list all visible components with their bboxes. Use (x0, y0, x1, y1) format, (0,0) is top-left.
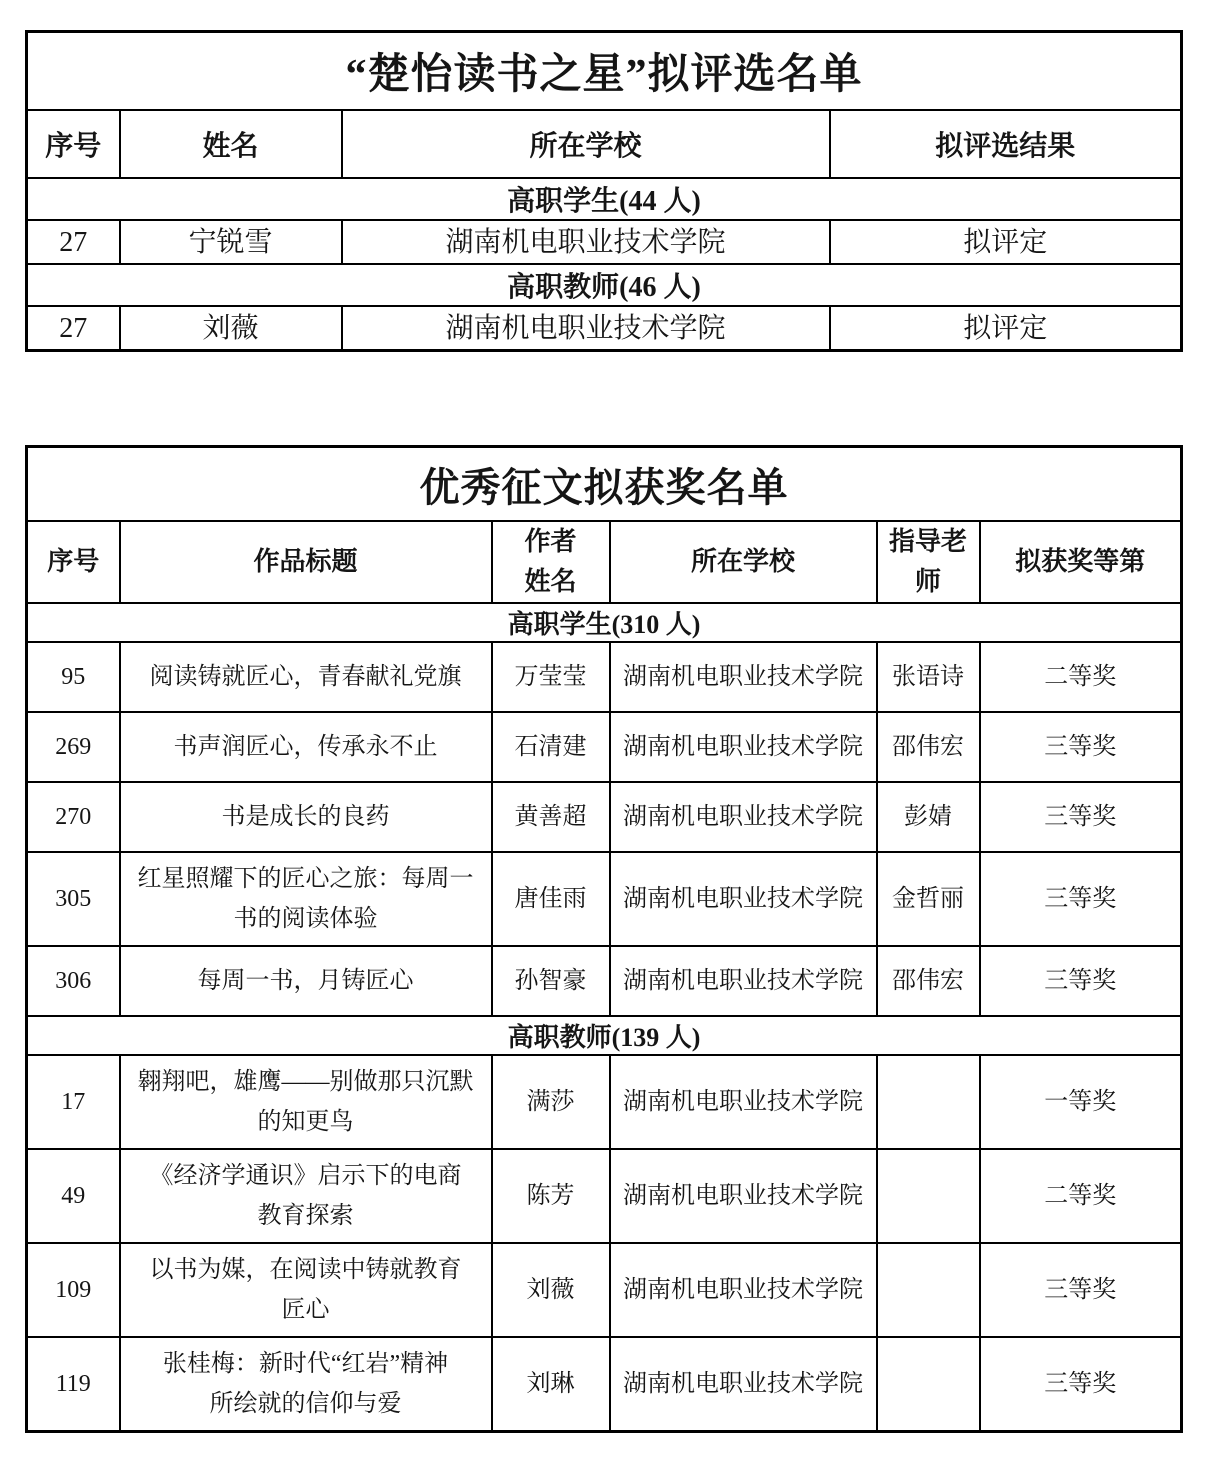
table-cell: 49 (27, 1149, 120, 1243)
reading-star-table-body: “楚怡读书之星”拟评选名单序号姓名所在学校拟评选结果高职学生(44 人)27宁锐… (27, 32, 1182, 351)
table-cell: 拟评定 (830, 306, 1182, 351)
table-cell: 湖南机电职业技术学院 (610, 946, 877, 1016)
table-row: 17翱翔吧，雄鹰——别做那只沉默 的知更鸟满莎湖南机电职业技术学院一等奖 (27, 1055, 1182, 1149)
table-cell: 张语诗 (877, 642, 980, 712)
column-header: 拟获奖等第 (980, 521, 1182, 603)
table-row: 109以书为媒，在阅读中铸就教育 匠心刘薇湖南机电职业技术学院三等奖 (27, 1243, 1182, 1337)
table-cell: 孙智豪 (492, 946, 610, 1016)
section-header-row: 高职学生(44 人) (27, 178, 1182, 220)
table-cell: 湖南机电职业技术学院 (610, 712, 877, 782)
table-row: 27宁锐雪湖南机电职业技术学院拟评定 (27, 220, 1182, 264)
table-cell: 17 (27, 1055, 120, 1149)
table-row: 95阅读铸就匠心，青春献礼党旗万莹莹湖南机电职业技术学院张语诗二等奖 (27, 642, 1182, 712)
table-cell: 刘薇 (120, 306, 342, 351)
table-row: 269书声润匠心，传承永不止石清建湖南机电职业技术学院邵伟宏三等奖 (27, 712, 1182, 782)
column-header-row: 序号姓名所在学校拟评选结果 (27, 110, 1182, 178)
table-cell: 三等奖 (980, 782, 1182, 852)
table-cell: 27 (27, 306, 120, 351)
table-cell (877, 1337, 980, 1432)
table-cell: 湖南机电职业技术学院 (610, 1055, 877, 1149)
column-header: 序号 (27, 110, 120, 178)
table-row: 119张桂梅：新时代“红岩”精神 所绘就的信仰与爱刘琳湖南机电职业技术学院三等奖 (27, 1337, 1182, 1432)
table-cell: 三等奖 (980, 1243, 1182, 1337)
table-cell: 书是成长的良药 (120, 782, 492, 852)
table-cell: 满莎 (492, 1055, 610, 1149)
table-row: 49《经济学通识》启示下的电商 教育探索陈芳湖南机电职业技术学院二等奖 (27, 1149, 1182, 1243)
table-cell: 269 (27, 712, 120, 782)
table-cell: 二等奖 (980, 1149, 1182, 1243)
column-header: 所在学校 (342, 110, 830, 178)
table-row: 270书是成长的良药黄善超湖南机电职业技术学院彭婧三等奖 (27, 782, 1182, 852)
table-cell: 湖南机电职业技术学院 (610, 852, 877, 946)
table-cell: 一等奖 (980, 1055, 1182, 1149)
table-cell: 每周一书，月铸匠心 (120, 946, 492, 1016)
table-title-row: 优秀征文拟获奖名单 (27, 447, 1182, 522)
table-cell: 三等奖 (980, 852, 1182, 946)
section-header: 高职学生(310 人) (27, 603, 1182, 642)
table-cell: 三等奖 (980, 946, 1182, 1016)
table-cell: 《经济学通识》启示下的电商 教育探索 (120, 1149, 492, 1243)
table-cell: 湖南机电职业技术学院 (610, 1149, 877, 1243)
table-cell (877, 1055, 980, 1149)
table-title: 优秀征文拟获奖名单 (27, 447, 1182, 522)
table-cell: 二等奖 (980, 642, 1182, 712)
table-cell: 彭婧 (877, 782, 980, 852)
table-cell: 红星照耀下的匠心之旅：每周一 书的阅读体验 (120, 852, 492, 946)
table-cell (877, 1149, 980, 1243)
table-cell: 湖南机电职业技术学院 (610, 1243, 877, 1337)
table-cell: 305 (27, 852, 120, 946)
table-cell: 邵伟宏 (877, 712, 980, 782)
table-title: “楚怡读书之星”拟评选名单 (27, 32, 1182, 111)
table-cell: 三等奖 (980, 712, 1182, 782)
table-cell: 刘薇 (492, 1243, 610, 1337)
table-cell: 唐佳雨 (492, 852, 610, 946)
table-row: 27刘薇湖南机电职业技术学院拟评定 (27, 306, 1182, 351)
column-header: 序号 (27, 521, 120, 603)
section-header-row: 高职教师(46 人) (27, 264, 1182, 306)
table-cell: 119 (27, 1337, 120, 1432)
column-header-row: 序号作品标题作者 姓名所在学校指导老 师拟获奖等第 (27, 521, 1182, 603)
section-header: 高职教师(139 人) (27, 1016, 1182, 1055)
table-cell: 以书为媒，在阅读中铸就教育 匠心 (120, 1243, 492, 1337)
column-header: 作品标题 (120, 521, 492, 603)
column-header: 指导老 师 (877, 521, 980, 603)
essay-award-table-body: 优秀征文拟获奖名单序号作品标题作者 姓名所在学校指导老 师拟获奖等第高职学生(3… (27, 447, 1182, 1432)
table-cell: 湖南机电职业技术学院 (342, 220, 830, 264)
table-cell: 95 (27, 642, 120, 712)
table-cell: 湖南机电职业技术学院 (610, 642, 877, 712)
column-header: 所在学校 (610, 521, 877, 603)
table-cell: 张桂梅：新时代“红岩”精神 所绘就的信仰与爱 (120, 1337, 492, 1432)
table-cell: 黄善超 (492, 782, 610, 852)
document-page: “楚怡读书之星”拟评选名单序号姓名所在学校拟评选结果高职学生(44 人)27宁锐… (0, 0, 1205, 1462)
table-cell: 270 (27, 782, 120, 852)
table-cell: 书声润匠心，传承永不止 (120, 712, 492, 782)
table-cell: 湖南机电职业技术学院 (610, 1337, 877, 1432)
table-cell: 拟评定 (830, 220, 1182, 264)
table-cell: 翱翔吧，雄鹰——别做那只沉默 的知更鸟 (120, 1055, 492, 1149)
table-cell: 宁锐雪 (120, 220, 342, 264)
column-header: 姓名 (120, 110, 342, 178)
table-cell: 陈芳 (492, 1149, 610, 1243)
table-cell: 三等奖 (980, 1337, 1182, 1432)
table-cell: 湖南机电职业技术学院 (342, 306, 830, 351)
column-header: 作者 姓名 (492, 521, 610, 603)
table-cell (877, 1243, 980, 1337)
table-cell: 石清建 (492, 712, 610, 782)
column-header: 拟评选结果 (830, 110, 1182, 178)
section-header: 高职学生(44 人) (27, 178, 1182, 220)
table-title-row: “楚怡读书之星”拟评选名单 (27, 32, 1182, 111)
section-header-row: 高职教师(139 人) (27, 1016, 1182, 1055)
reading-star-table: “楚怡读书之星”拟评选名单序号姓名所在学校拟评选结果高职学生(44 人)27宁锐… (25, 30, 1183, 352)
table-cell: 27 (27, 220, 120, 264)
essay-award-table: 优秀征文拟获奖名单序号作品标题作者 姓名所在学校指导老 师拟获奖等第高职学生(3… (25, 445, 1183, 1433)
table-cell: 万莹莹 (492, 642, 610, 712)
table-cell: 109 (27, 1243, 120, 1337)
section-header: 高职教师(46 人) (27, 264, 1182, 306)
table-cell: 刘琳 (492, 1337, 610, 1432)
table-cell: 金哲丽 (877, 852, 980, 946)
table-cell: 306 (27, 946, 120, 1016)
table-row: 305红星照耀下的匠心之旅：每周一 书的阅读体验唐佳雨湖南机电职业技术学院金哲丽… (27, 852, 1182, 946)
table-cell: 邵伟宏 (877, 946, 980, 1016)
table-cell: 湖南机电职业技术学院 (610, 782, 877, 852)
table-cell: 阅读铸就匠心，青春献礼党旗 (120, 642, 492, 712)
section-header-row: 高职学生(310 人) (27, 603, 1182, 642)
table-row: 306每周一书，月铸匠心孙智豪湖南机电职业技术学院邵伟宏三等奖 (27, 946, 1182, 1016)
